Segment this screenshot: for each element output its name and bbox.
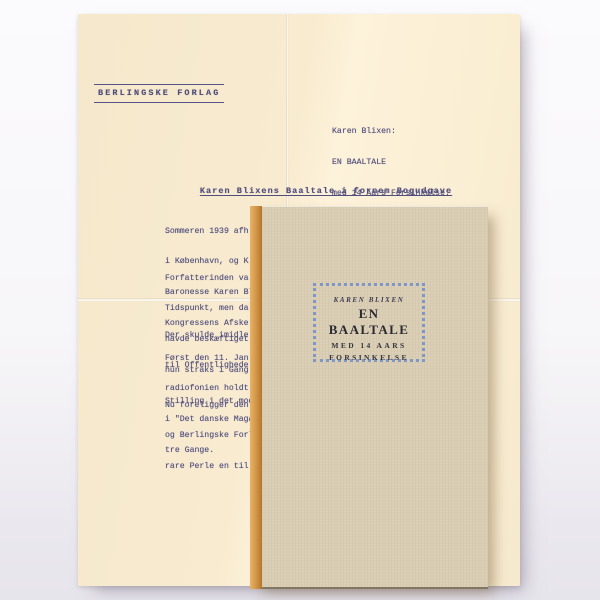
typewritten-line: Forfatterinden va <box>165 274 253 284</box>
book-page-edges <box>250 206 262 589</box>
book-front-board: KAREN BLIXEN EN BAALTALE MED 14 AARS FOR… <box>262 206 488 589</box>
paragraph-5: Nu foreligger den og Berlingske Forl rar… <box>165 380 253 493</box>
typewritten-line: Sommeren 1939 afh <box>165 227 253 237</box>
cover-title: EN BAALTALE <box>316 306 422 338</box>
typewritten-line: og Berlingske Forl <box>165 431 253 441</box>
letterhead-stamp: BERLINGSKE FORLAG <box>94 84 224 103</box>
typewritten-line: Nu foreligger den <box>165 401 253 411</box>
typewritten-line: rare Perle en til <box>165 462 253 472</box>
cover-subtitle-line1: MED 14 AARS <box>316 341 422 350</box>
photo-of-documents: BERLINGSKE FORLAG Karen Blixen: EN BAALT… <box>0 0 600 600</box>
cover-author: KAREN BLIXEN <box>316 296 422 304</box>
typewritten-line: Karen Blixen: <box>332 127 470 137</box>
book-cover: KAREN BLIXEN EN BAALTALE MED 14 AARS FOR… <box>250 206 488 589</box>
typewritten-line: Først den 11. Jan <box>165 354 253 364</box>
typewritten-line: EN BAALTALE <box>332 158 470 168</box>
cover-label: KAREN BLIXEN EN BAALTALE MED 14 AARS FOR… <box>313 283 425 362</box>
vertical-fold-crease <box>286 14 289 208</box>
letter-heading: Karen Blixens Baaltale i fornem Bogudgav… <box>196 186 456 196</box>
cover-subtitle-line2: FORSINKELSE <box>316 353 422 362</box>
